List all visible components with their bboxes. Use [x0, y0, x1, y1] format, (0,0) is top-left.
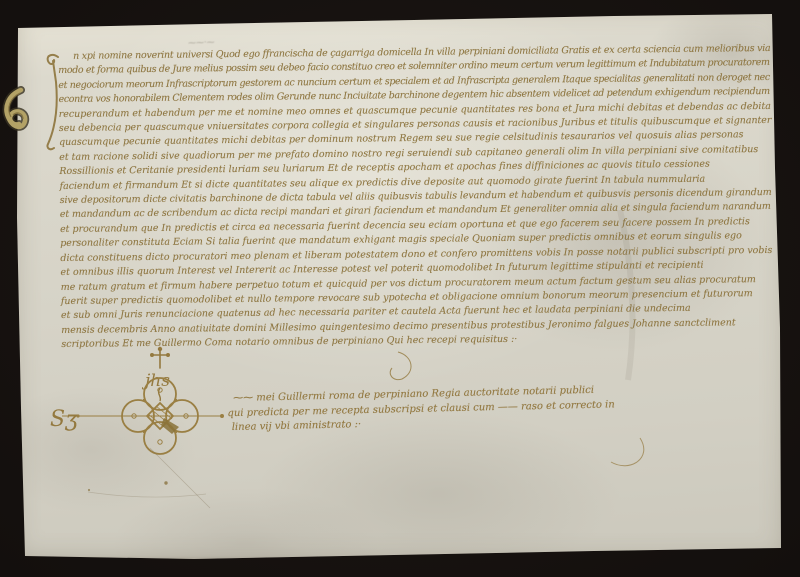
- faint-inscription: ⁓⁓·⁓: [188, 38, 215, 48]
- cross-icon: [151, 348, 169, 368]
- notary-subscription: ⁓⁓ mei Guillermi roma de perpiniano Regi…: [233, 383, 615, 435]
- photograph-backdrop: ⁓⁓·⁓ n xpi nomine noverint universi Quod…: [0, 0, 800, 577]
- notarial-sign: jhs: [48, 346, 240, 474]
- svg-text:Sʒ: Sʒ: [50, 407, 78, 432]
- manuscript-text-block: n xpi nomine noverint universi Quod ego …: [58, 42, 775, 353]
- binding-thread: [1, 86, 31, 144]
